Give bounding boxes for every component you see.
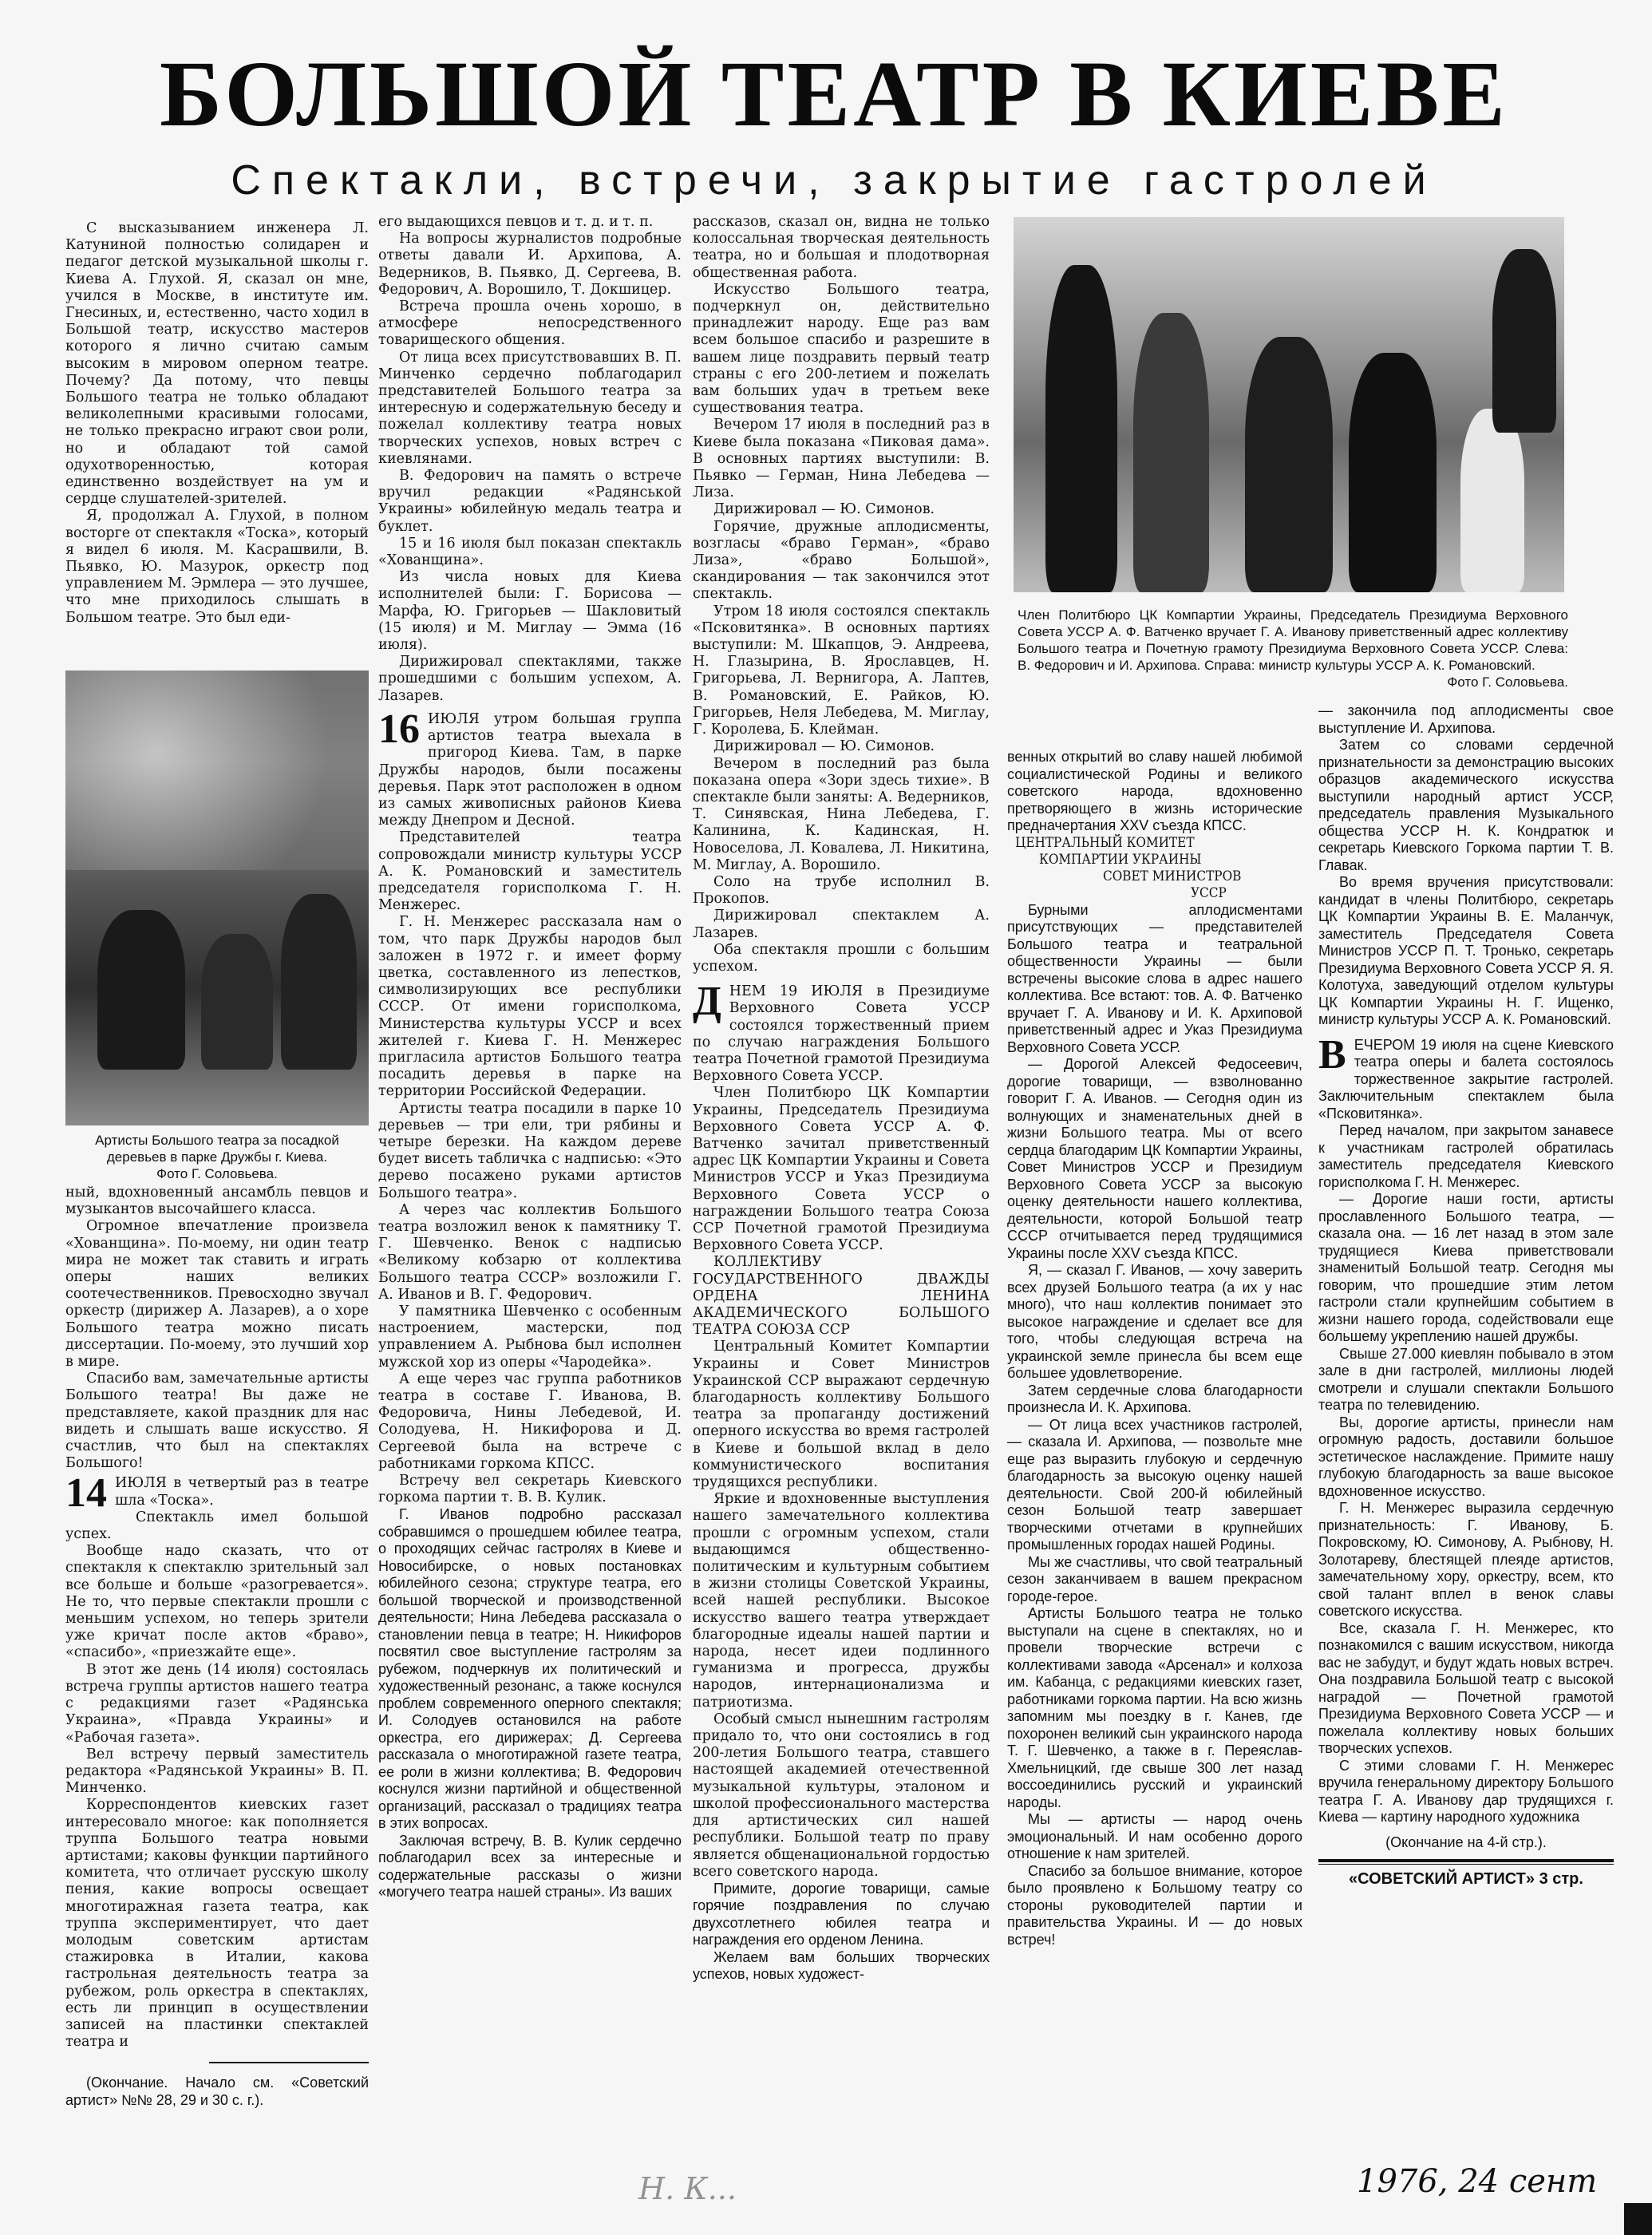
column-2: его выдающихся певцов и т. д. и т. п. На…: [378, 214, 682, 1901]
paragraph: Вечером в последний раз была показана оп…: [693, 756, 990, 874]
section-lead: ЕЧЕРОМ 19 июля на сцене Киевского театра…: [1318, 1037, 1614, 1121]
caption-text: Артисты Большого театра за посадкой дере…: [95, 1133, 339, 1165]
paragraph: Соло на трубе исполнил В. Прокопов.: [693, 874, 990, 908]
paragraph: Член Политбюро ЦК Компартии Украины, Пре…: [693, 1085, 990, 1254]
section-lead: ИЮЛЯ утром большая группа артистов театр…: [378, 711, 682, 829]
paragraph: Горячие, дружные аплодисменты, возгласы …: [693, 519, 990, 603]
handwritten-margin-note: Н. К...: [638, 2171, 737, 2206]
paragraph: Желаем вам больших творческих успехов, н…: [693, 1949, 990, 1984]
paragraph: его выдающихся певцов и т. д. и т. п.: [378, 214, 682, 231]
paragraph: Г. Н. Менжерес рассказала нам о том, что…: [378, 914, 682, 1100]
paragraph: — Дорогие наши гости, артисты прославлен…: [1318, 1191, 1614, 1346]
paragraph: С этими словами Г. Н. Менжерес вручила г…: [1318, 1758, 1614, 1826]
photo-caption: Член Политбюро ЦК Компартии Украины, Пре…: [1018, 607, 1568, 690]
paragraph: Спасибо за большое внимание, которое был…: [1007, 1863, 1302, 1949]
paragraph: А еще через час группа работников театра…: [378, 1371, 682, 1473]
paragraph: Свыше 27.000 киевлян побывало в этом зал…: [1318, 1346, 1614, 1414]
caption-text: Член Политбюро ЦК Компартии Украины, Пре…: [1018, 607, 1568, 673]
dropcap: В: [1318, 1037, 1346, 1074]
photo-award-ceremony: [1014, 217, 1564, 592]
paragraph: От лица всех присутствовавших В. П. Минч…: [378, 350, 682, 468]
paragraph: Г. Н. Менжерес выразила сердечную призна…: [1318, 1500, 1614, 1620]
paragraph: Бурными аплодисментами присутствующих — …: [1007, 902, 1302, 1057]
divider: [209, 2062, 369, 2063]
paragraph: Я, продолжал А. Глухой, в полном восторг…: [65, 508, 369, 626]
paragraph: — закончила под аплодисменты свое выступ…: [1318, 702, 1614, 737]
paragraph: Г. Иванов подробно рассказал собравшимся…: [378, 1506, 682, 1833]
dropcap: Д: [693, 983, 721, 1020]
paragraph: 15 и 16 июля был показан спектакль «Хова…: [378, 536, 682, 569]
paragraph: Встреча прошла очень хорошо, в атмосфере…: [378, 299, 682, 350]
address-heading: КОЛЛЕКТИВУ ГОСУДАРСТВЕННОГО ДВАЖДЫ ОРДЕН…: [693, 1254, 990, 1339]
subheadline: Спектакли, встречи, закрытие гастролей: [72, 156, 1596, 204]
continuation-note: (Окончание на 4-й стр.).: [1318, 1834, 1614, 1852]
masthead-page: «СОВЕТСКИЙ АРТИСТ» 3 стр.: [1318, 1871, 1614, 1889]
photo-tree-planting: [65, 670, 369, 1125]
paragraph: Вообще надо сказать, что от спектакля к …: [65, 1543, 369, 1661]
paragraph: Яркие и вдохновенные выступления нашего …: [693, 1491, 990, 1711]
rule-thick: [1318, 1859, 1614, 1862]
paragraph: Мы — артисты — народ очень эмоциональный…: [1007, 1811, 1302, 1863]
dropcap: 16: [378, 711, 420, 748]
photo-caption: Артисты Большого театра за посадкой дере…: [65, 1132, 369, 1182]
signature-block: ЦЕНТРАЛЬНЫЙ КОМИТЕТ КОМПАРТИИ УКРАИНЫ СО…: [1007, 835, 1302, 902]
section-lead: ИЮЛЯ в четвертый раз в театре шла «Тоска…: [115, 1475, 369, 1508]
paragraph: Артисты театра посадили в парке 10 дерев…: [378, 1101, 682, 1202]
paragraph: А через час коллектив Большого театра во…: [378, 1202, 682, 1303]
paragraph: венных открытий во славу нашей любимой с…: [1007, 749, 1302, 835]
paragraph: В этот же день (14 июля) состоялась встр…: [65, 1662, 369, 1746]
corner-mark: [1624, 2203, 1652, 2235]
paragraph: Искусство Большого театра, подчеркнул он…: [693, 282, 990, 417]
paragraph: Представителей театра сопровождали минис…: [378, 829, 682, 914]
paragraph: Дирижировал спектаклями, также прошедшим…: [378, 654, 682, 705]
paragraph: Примите, дорогие товарищи, самые горячие…: [693, 1881, 990, 1949]
paragraph: Дирижировал — Ю. Симонов.: [693, 501, 990, 518]
paragraph: С высказыванием инженера Л. Катуниной по…: [65, 220, 369, 508]
paragraph: Встречу вел секретарь Киевского горкома …: [378, 1473, 682, 1506]
footnote: (Окончание. Начало см. «Советский артист…: [65, 2075, 369, 2109]
paragraph: Спасибо вам, замечательные артисты Больш…: [65, 1371, 369, 1472]
signature-line: УССР: [1007, 885, 1302, 902]
paragraph: — Дорогой Алексей Федосеевич, дорогие то…: [1007, 1056, 1302, 1262]
paragraph: Оба спектакля прошли с большим успехом.: [693, 942, 990, 975]
paragraph: Вечером 17 июля в последний раз в Киеве …: [693, 417, 990, 501]
column-1-continued: ный, вдохновенный ансамбль певцов и музы…: [65, 1185, 369, 2109]
handwritten-date: 1976, 24 сент: [1357, 2163, 1597, 2200]
paragraph: Перед началом, при закрытом занавесе к у…: [1318, 1122, 1614, 1191]
paragraph: Особый смысл нынешним гастролям придало …: [693, 1711, 990, 1881]
paragraph: У памятника Шевченко с особенным настрое…: [378, 1303, 682, 1371]
paragraph: Все, сказала Г. Н. Менжерес, кто познако…: [1318, 1620, 1614, 1758]
column-1: С высказыванием инженера Л. Катуниной по…: [65, 220, 369, 627]
photo-credit: Фото Г. Соловьева.: [1018, 674, 1568, 690]
paragraph: Утром 18 июля состоялся спектакль «Псков…: [693, 603, 990, 739]
paragraph: ный, вдохновенный ансамбль певцов и музы…: [65, 1185, 369, 1218]
paragraph: На вопросы журналистов подробные ответы …: [378, 231, 682, 299]
rule-thin: [1318, 1864, 1614, 1865]
paragraph: рассказов, сказал он, видна не только ко…: [693, 214, 990, 282]
paragraph: Дирижировал спектаклем А. Лазарев.: [693, 908, 990, 941]
paragraph: Дирижировал — Ю. Симонов.: [693, 738, 990, 755]
photo-credit: Фото Г. Соловьева.: [65, 1165, 369, 1182]
paragraph: Затем со словами сердечной признательнос…: [1318, 737, 1614, 874]
paragraph: Огромное впечатление произвела «Хованщин…: [65, 1218, 369, 1371]
paragraph: Центральный Комитет Компартии Украины и …: [693, 1339, 990, 1491]
paragraph: В. Федорович на память о встрече вручил …: [378, 468, 682, 536]
paragraph: Затем сердечные слова благодарности прои…: [1007, 1383, 1302, 1417]
column-4: венных открытий во славу нашей любимой с…: [1007, 749, 1302, 1948]
paragraph: Мы же счастливы, что свой театральный се…: [1007, 1554, 1302, 1606]
signature-line: ЦЕНТРАЛЬНЫЙ КОМИТЕТ: [1007, 835, 1302, 852]
column-3: рассказов, сказал он, видна не только ко…: [693, 214, 990, 1984]
dropcap: 14: [65, 1475, 107, 1512]
paragraph: Вел встречу первый заместитель редактора…: [65, 1746, 369, 1798]
paragraph: Из числа новых для Киева исполнителей бы…: [378, 569, 682, 654]
signature-line: КОМПАРТИИ УКРАИНЫ: [1007, 852, 1302, 868]
paragraph: Вы, дорогие артисты, принесли нам огромн…: [1318, 1414, 1614, 1501]
paragraph: Артисты Большого театра не только выступ…: [1007, 1605, 1302, 1811]
paragraph: Во время вручения присутствовали: кандид…: [1318, 874, 1614, 1029]
signature-line: СОВЕТ МИНИСТРОВ: [1007, 868, 1302, 885]
column-5: — закончила под аплодисменты свое выступ…: [1318, 702, 1614, 1889]
paragraph: Спектакль имел большой успех.: [65, 1509, 369, 1543]
paragraph: Заключая встречу, В. В. Кулик сердечно п…: [378, 1833, 682, 1901]
paragraph: Корреспондентов киевских газет интересов…: [65, 1797, 369, 2051]
paragraph: — От лица всех участников гастролей, — с…: [1007, 1417, 1302, 1554]
paragraph: Я, — сказал Г. Иванов, — хочу заверить в…: [1007, 1262, 1302, 1383]
section-lead: НЕМ 19 ИЮЛЯ в Президиуме Верховного Сове…: [693, 983, 990, 1084]
headline: БОЛЬШОЙ ТЕАТР В КИЕВЕ: [72, 49, 1596, 139]
